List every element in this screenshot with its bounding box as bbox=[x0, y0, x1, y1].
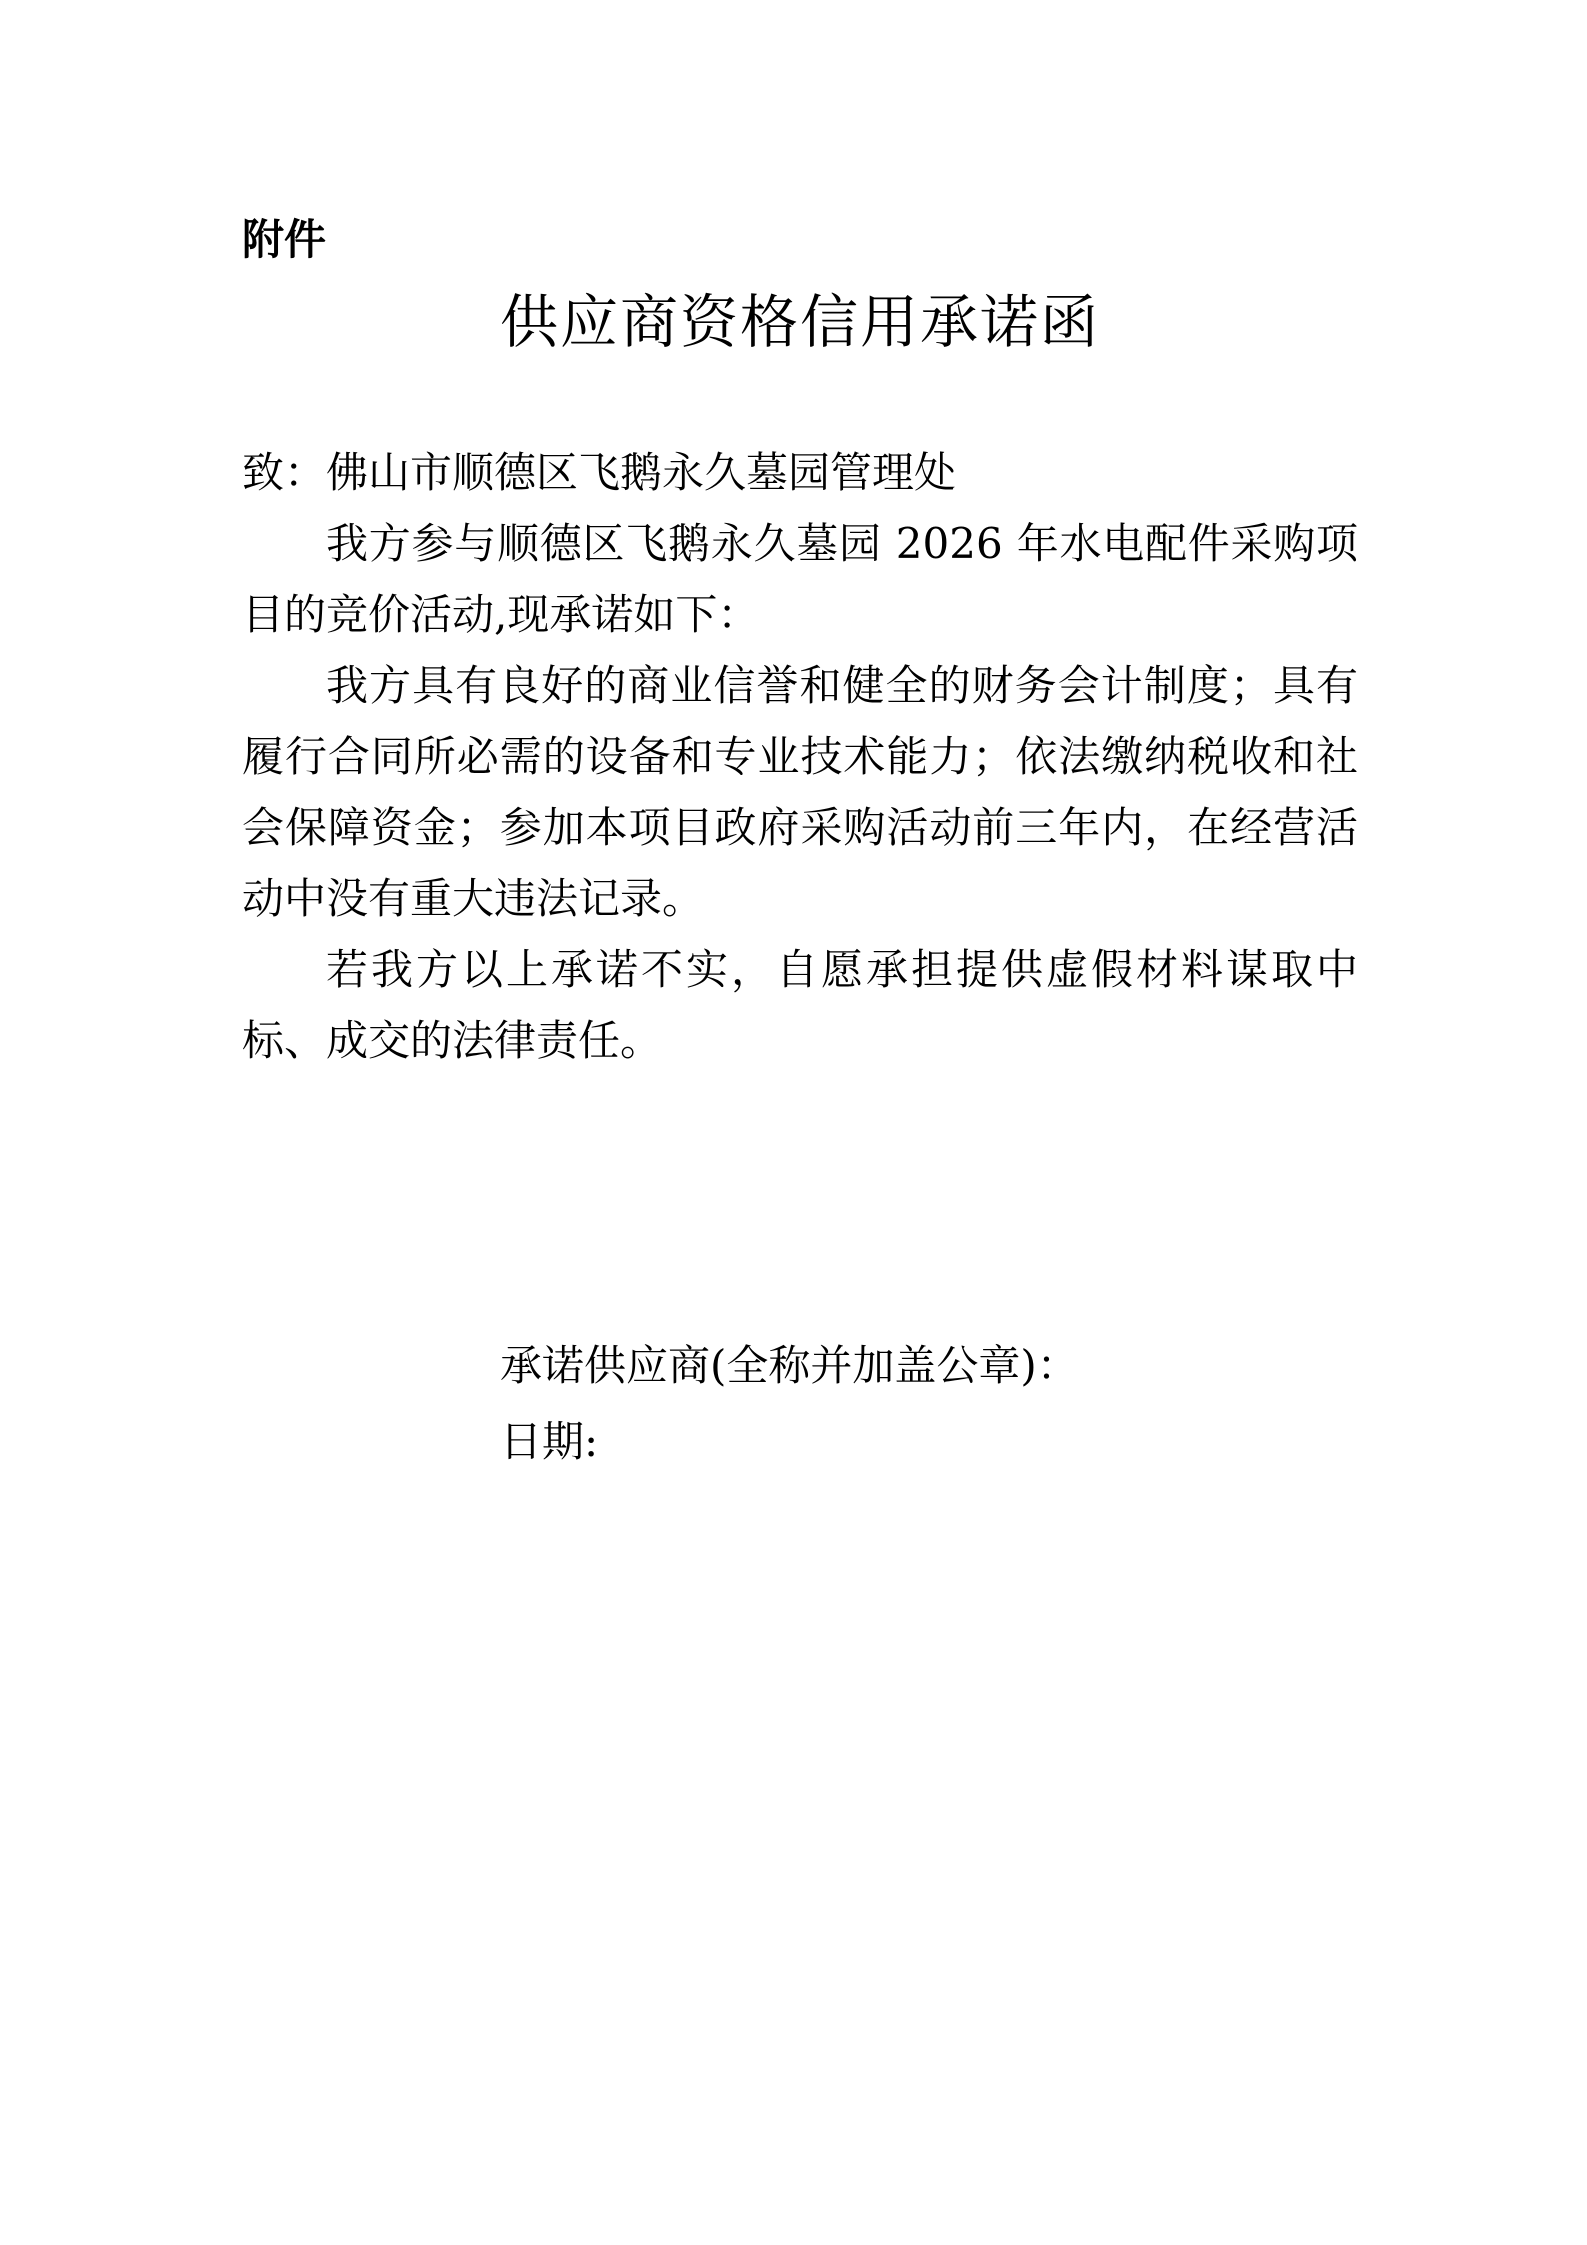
document-title: 供应商资格信用承诺函 bbox=[242, 285, 1358, 359]
date-label: 日期: bbox=[500, 1404, 1358, 1480]
attachment-label: 附件 bbox=[242, 0, 1358, 265]
salutation-line: 致：佛山市顺德区飞鹅永久墓园管理处 bbox=[242, 437, 1358, 508]
signature-block: 承诺供应商(全称并加盖公章)： 日期: bbox=[500, 1328, 1358, 1480]
supplier-signature-label: 承诺供应商(全称并加盖公章)： bbox=[500, 1328, 1358, 1404]
document-page: 附件 供应商资格信用承诺函 致：佛山市顺德区飞鹅永久墓园管理处 我方参与顺德区飞… bbox=[0, 0, 1587, 2245]
body-paragraph: 我方参与顺德区飞鹅永久墓园 2026 年水电配件采购项目的竞价活动,现承诺如下： bbox=[242, 508, 1358, 650]
body-paragraph: 我方具有良好的商业信誉和健全的财务会计制度；具有履行合同所必需的设备和专业技术能… bbox=[242, 650, 1358, 934]
document-body: 致：佛山市顺德区飞鹅永久墓园管理处 我方参与顺德区飞鹅永久墓园 2026 年水电… bbox=[242, 437, 1358, 1076]
body-paragraph: 若我方以上承诺不实，自愿承担提供虚假材料谋取中标、成交的法律责任。 bbox=[242, 934, 1358, 1076]
